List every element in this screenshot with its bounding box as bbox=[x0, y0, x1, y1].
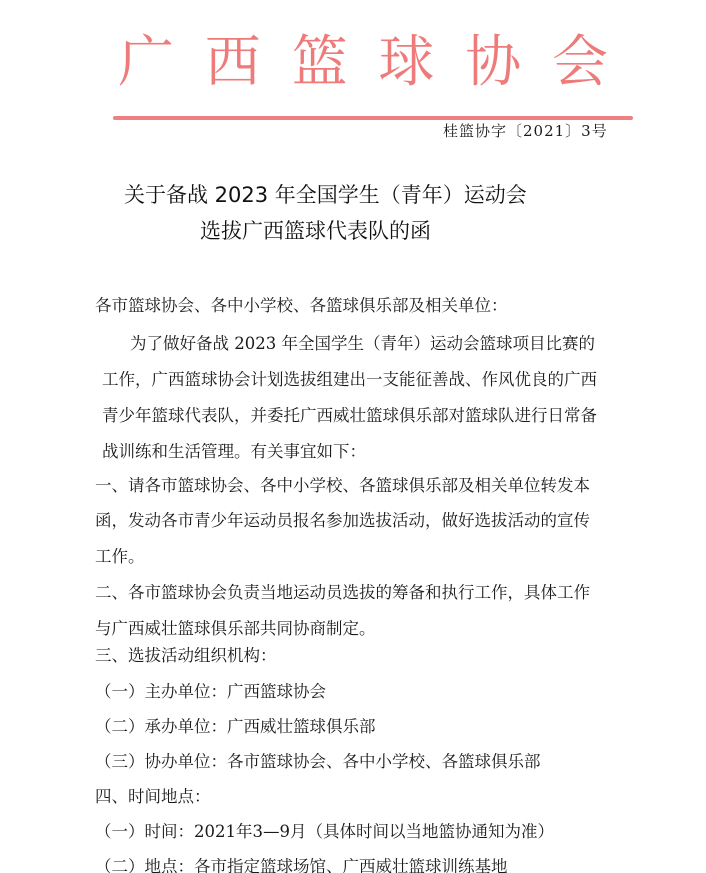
item-3-sub: （二）承办单位：广西威壮篮球俱乐部 bbox=[95, 716, 615, 738]
letterhead-char: 球 bbox=[378, 28, 434, 98]
document-number: 桂篮协字〔2021〕3号 bbox=[443, 120, 608, 142]
intro-line: 工作，广西篮球协会计划选拔组建出一支能征善战、作风优良的广西 bbox=[102, 369, 622, 391]
item-3-sub: （三）协办单位：各市篮球协会、各中小学校、各篮球俱乐部 bbox=[95, 751, 615, 773]
document-title-line-2: 选拔广西篮球代表队的函 bbox=[200, 216, 706, 246]
item-2-line: 二、各市篮球协会负责当地运动员选拔的筹备和执行工作，具体工作 bbox=[95, 582, 615, 604]
intro-line: 战训练和生活管理。有关事宜如下： bbox=[102, 441, 622, 463]
letterhead-char: 会 bbox=[552, 28, 608, 98]
item-4-heading: 四、时间地点： bbox=[95, 786, 615, 808]
item-1-line: 一、请各市篮球协会、各中小学校、各篮球俱乐部及相关单位转发本 bbox=[95, 475, 615, 497]
letterhead-char: 西 bbox=[205, 28, 261, 98]
item-1-line: 工作。 bbox=[95, 546, 615, 568]
item-4-sub: （一）时间：2021年3—9月（具体时间以当地篮协通知为准） bbox=[95, 821, 615, 843]
document-title-line-1: 关于备战 2023 年全国学生（青年）运动会 bbox=[124, 180, 706, 210]
letterhead-char: 广 bbox=[118, 28, 174, 98]
intro-line: 青少年篮球代表队，并委托广西威壮篮球俱乐部对篮球队进行日常备 bbox=[102, 405, 622, 427]
salutation: 各市篮球协会、各中小学校、各篮球俱乐部及相关单位： bbox=[95, 295, 615, 317]
item-3-heading: 三、选拔活动组织机构： bbox=[95, 645, 615, 667]
letterhead-org-name: 广 西 篮 球 协 会 bbox=[118, 28, 608, 98]
letterhead-char: 协 bbox=[465, 28, 521, 98]
item-4-sub: （二）地点：各市指定篮球场馆、广西威壮篮球训练基地 bbox=[95, 856, 615, 873]
item-3-sub: （一）主办单位：广西篮球协会 bbox=[95, 681, 615, 703]
item-1-line: 函，发动各市青少年运动员报名参加选拔活动，做好选拔活动的宣传 bbox=[95, 510, 615, 532]
item-2-line: 与广西威壮篮球俱乐部共同协商制定。 bbox=[95, 618, 615, 640]
intro-line: 为了做好备战 2023 年全国学生（青年）运动会篮球项目比赛的 bbox=[130, 333, 650, 355]
letterhead-char: 篮 bbox=[292, 28, 348, 98]
